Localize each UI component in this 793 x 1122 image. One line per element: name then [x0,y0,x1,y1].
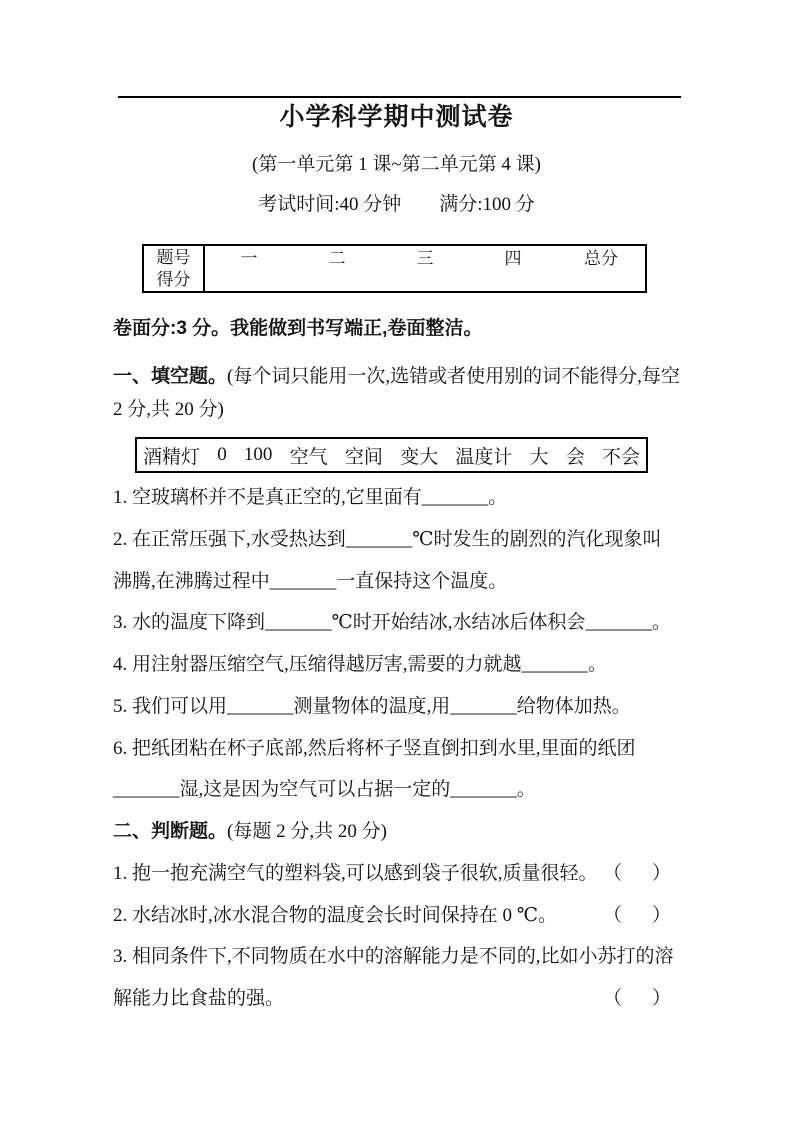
page-title: 小学科学期中测试卷 [0,99,793,135]
judge-question-1-text: 1. 抱一抱充满空气的塑料袋,可以感到袋子很软,质量很轻。 [113,858,598,885]
word-bank-item: 会 [566,442,585,469]
bracket-close: ） [652,900,671,927]
bracket-open: （ [603,983,622,1010]
judge-question-3-line1: 3. 相同条件下,不同物质在水中的溶解能力是不同的,比如小苏打的溶 [113,933,681,975]
fill-in-question-3: 3. 水的温度下降到_______℃时开始结冰,水结冰后体积会_______。 [113,599,681,641]
section-1-note-line2: 2 分,共 20 分) [113,386,681,428]
score-table-col-1: 一 [205,246,293,270]
bracket-open: （ [603,858,622,885]
judge-question-1-answer-brackets: （ ） [603,850,671,892]
neatness-note: 卷面分:3 分。我能做到书写端正,卷面整洁。 [113,305,681,347]
score-table-score-cells [205,270,645,291]
fill-in-question-6-line2: _______湿,这是因为空气可以占据一定的_______。 [113,766,681,808]
score-table-score-row-label: 得分 [157,269,191,290]
section-2-note: (每题 2 分,共 20 分) [227,816,387,843]
section-1-heading: 一、填空题。 [113,361,227,388]
bracket-open: （ [603,900,622,927]
score-table-col-3: 三 [381,246,469,270]
score-table: 题号 得分 一 二 三 四 总分 [142,244,647,293]
word-bank-box: 酒精灯 0 100 空气 空间 变大 温度计 大 会 不会 [135,437,648,473]
section-2-heading: 二、判断题。 [113,816,227,843]
word-bank-item: 空间 [345,442,383,469]
score-table-col-total: 总分 [557,246,645,270]
fill-in-question-2-line1: 2. 在正常压强下,水受热达到_______℃时发生的剧烈的汽化现象叫 [113,516,681,558]
exam-info-row: 考试时间:40 分钟 满分:100 分 [0,187,793,223]
score-table-column-headers: 一 二 三 四 总分 [205,246,645,270]
judge-question-3-text-line2: 解能力比食盐的强。 [113,983,284,1010]
judge-question-2-answer-brackets: （ ） [603,892,671,934]
fill-in-question-1: 1. 空玻璃杯并不是真正空的,它里面有_______。 [113,474,681,516]
word-bank-item: 不会 [602,442,640,469]
word-bank-item: 酒精灯 [143,442,200,469]
word-bank-item: 变大 [400,442,438,469]
bracket-close: ） [652,858,671,885]
word-bank-item: 大 [530,442,549,469]
bracket-close: ） [652,983,671,1010]
fill-in-question-4: 4. 用注射器压缩空气,压缩得越厉害,需要的力就越_______。 [113,641,681,683]
score-table-question-row-label: 题号 [157,247,191,268]
judge-question-2: 2. 水结冰时,冰水混合物的温度会长时间保持在 0 ℃。 （ ） [113,892,681,934]
judge-question-3-line2: 解能力比食盐的强。 （ ） [113,975,681,1017]
score-table-col-4: 四 [469,246,557,270]
judge-question-2-text: 2. 水结冰时,冰水混合物的温度会长时间保持在 0 ℃。 [113,900,557,927]
judge-question-3-answer-brackets: （ ） [603,975,671,1017]
score-table-col-2: 二 [293,246,381,270]
section-1-note-line1: (每个词只能用一次,选错或者使用别的词不能得分,每空 [227,361,680,388]
exam-full-score: 满分:100 分 [439,187,535,223]
exam-paper-page: 小学科学期中测试卷 (第一单元第 1 课~第二单元第 4 课) 考试时间:40 … [0,0,793,1122]
fill-in-question-6-line1: 6. 把纸团粘在杯子底部,然后将杯子竖直倒扣到水里,里面的纸团 [113,725,681,767]
exam-scope-subtitle: (第一单元第 1 课~第二单元第 4 课) [0,147,793,183]
exam-duration: 考试时间:40 分钟 [258,187,401,223]
score-table-body: 一 二 三 四 总分 [205,246,645,291]
fill-in-question-5: 5. 我们可以用_______测量物体的温度,用_______给物体加热。 [113,683,681,725]
section-2-heading-line: 二、判断题。 (每题 2 分,共 20 分) [113,808,681,850]
header-rule [118,96,681,98]
fill-in-question-2-line2: 沸腾,在沸腾过程中_______一直保持这个温度。 [113,558,681,600]
word-bank-item: 0 [217,444,227,466]
judge-question-1: 1. 抱一抱充满空气的塑料袋,可以感到袋子很软,质量很轻。 （ ） [113,850,681,892]
score-table-row-labels: 题号 得分 [144,246,205,291]
word-bank-item: 空气 [290,442,328,469]
word-bank-item: 100 [244,444,273,466]
word-bank-item: 温度计 [455,442,512,469]
